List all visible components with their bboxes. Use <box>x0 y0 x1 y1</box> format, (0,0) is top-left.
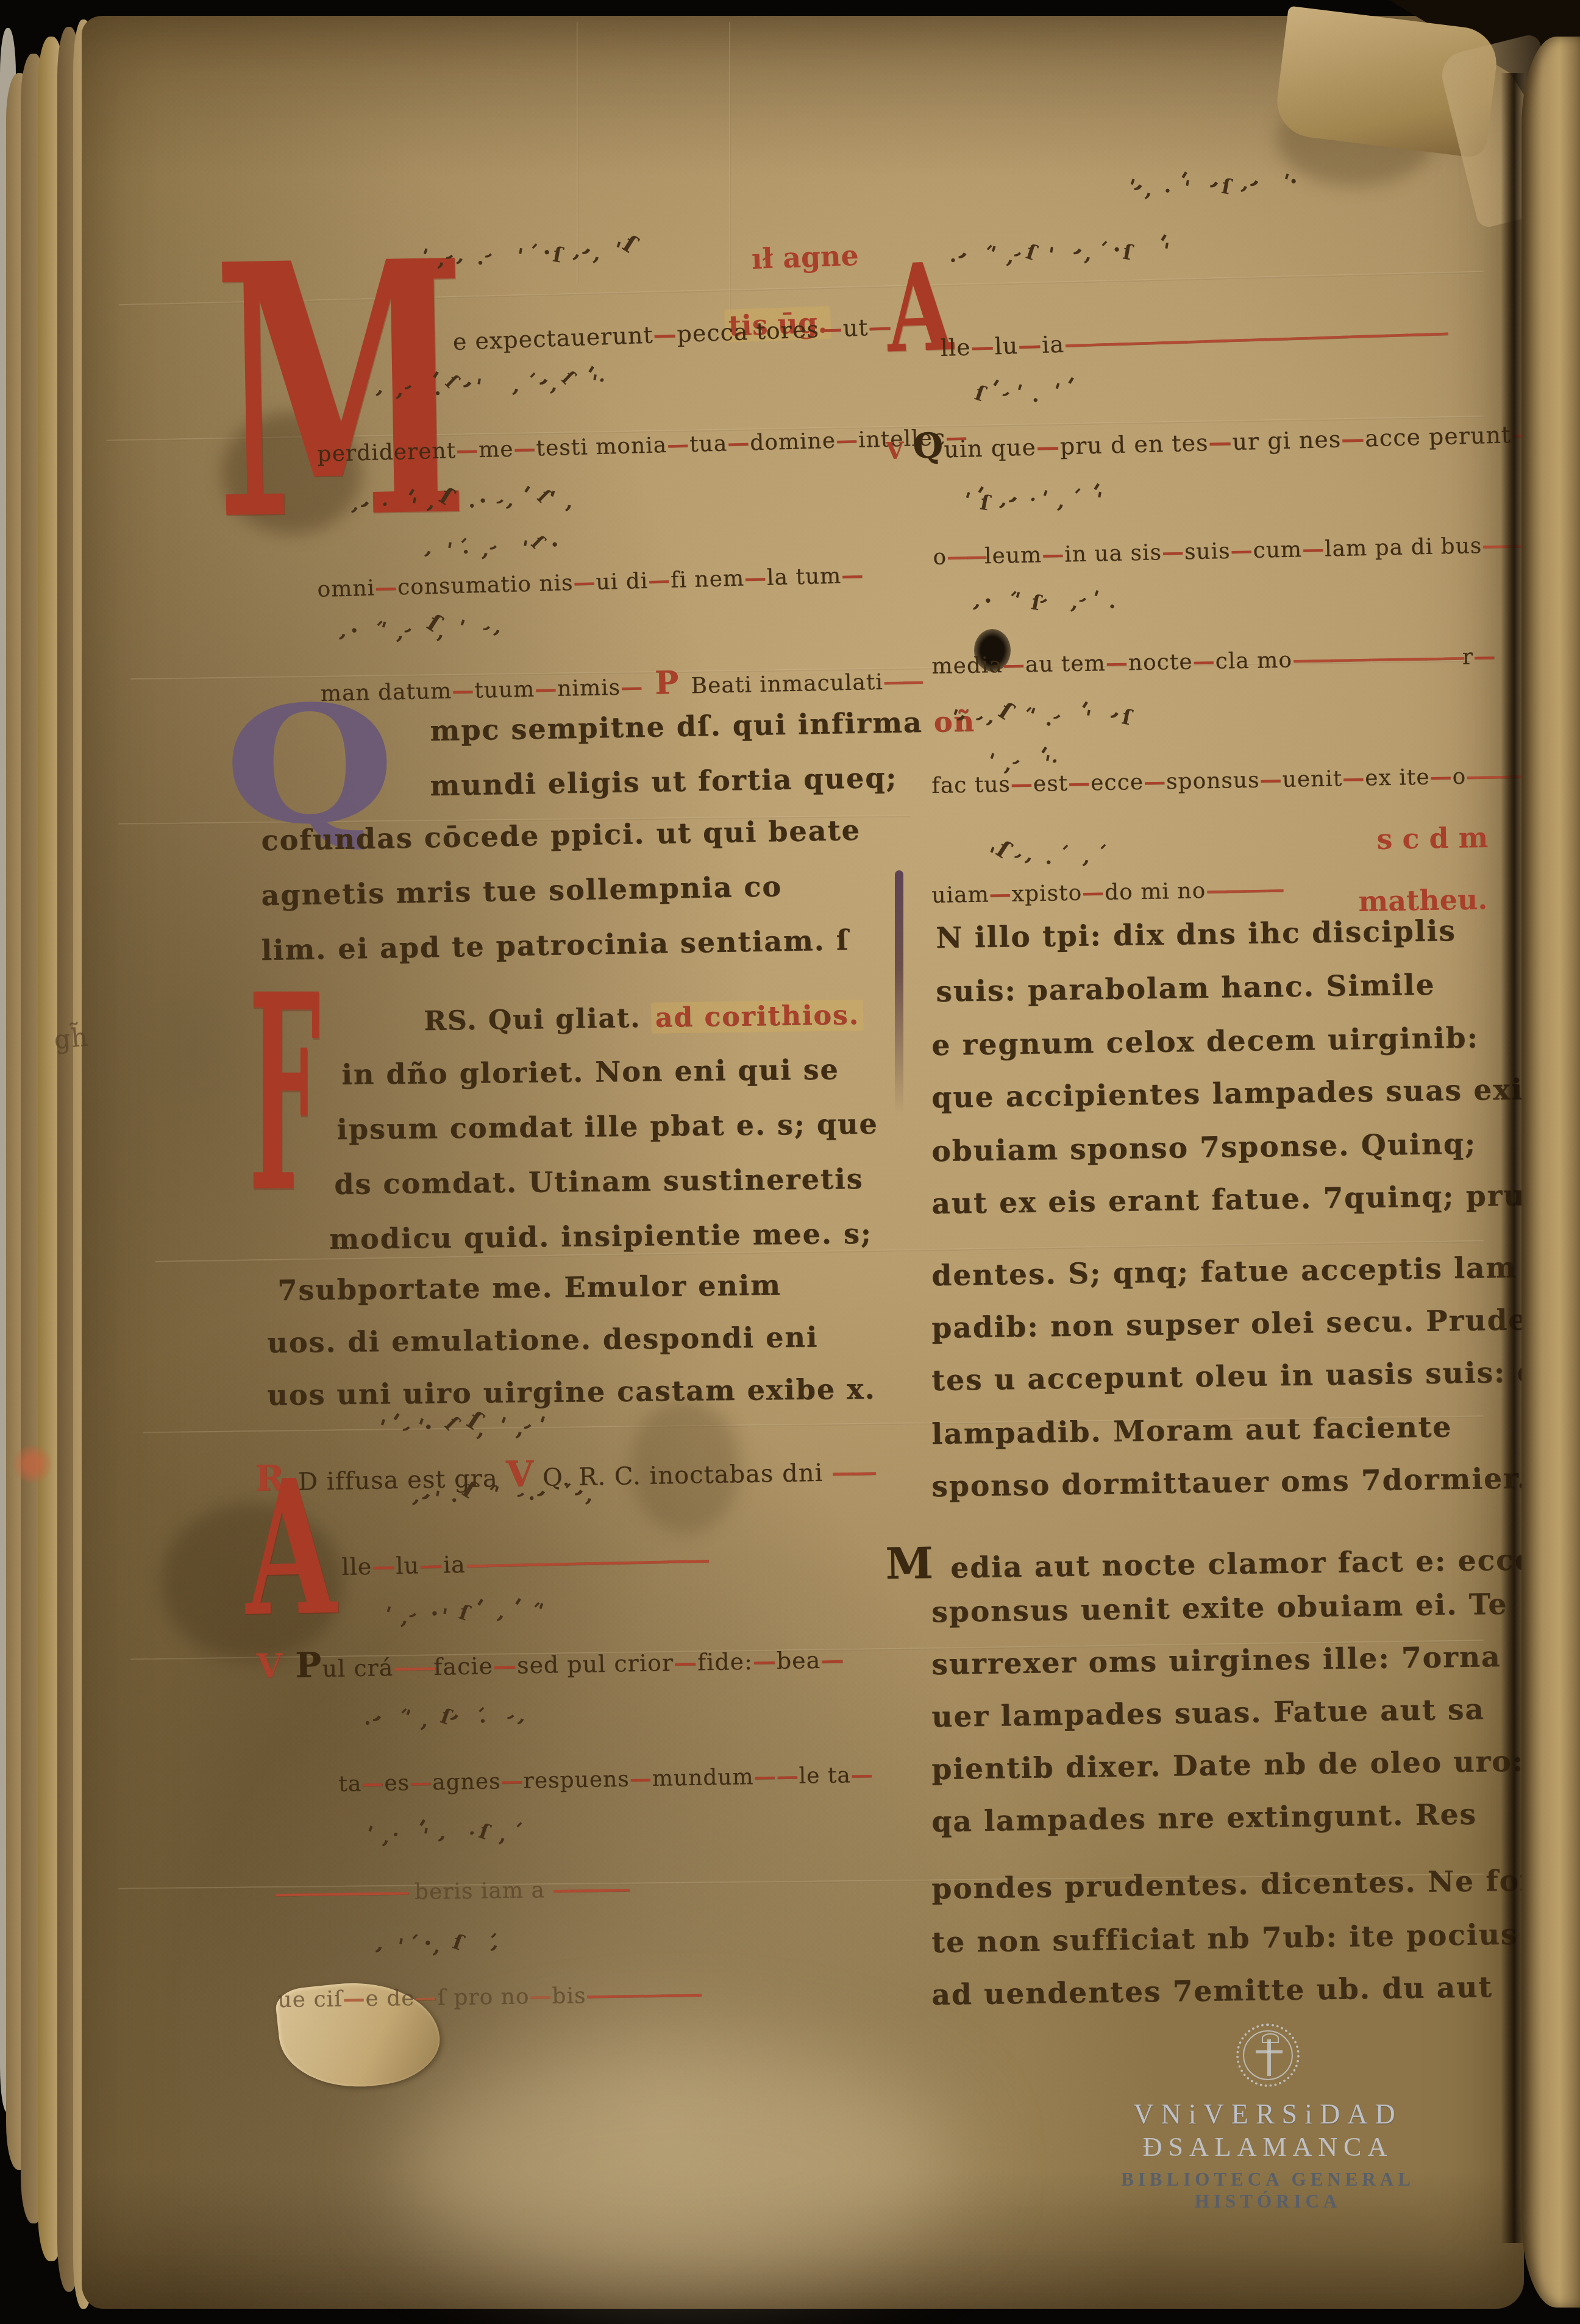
chant-line: ta—es—agnes—respuens—mundum——le ta— <box>338 1762 874 1797</box>
prose-gospel: ad uendentes 7emitte ub. du aut <box>931 1970 1493 2012</box>
prose-gospel: lampadib. Moram aut faciente <box>931 1410 1453 1451</box>
prose-epistle: uos. di emulatione. despondi eni <box>267 1321 819 1359</box>
rubric-feast: ıł agne <box>751 239 859 275</box>
prose-gospel: pondes prudentes. dicentes. Ne for <box>931 1864 1536 1906</box>
prose-epistle: ds comdat. Utinam sustineretis <box>334 1162 864 1201</box>
prose-gospel: suis: parabolam hanc. Simile <box>936 968 1436 1009</box>
chant-line: e expectauerunt—pecca tores—ut— <box>452 313 892 355</box>
neume-line: 'ſ,,.',' <box>988 840 1103 867</box>
prose-gospel: dentes. S; qnq; fatue acceptis lam <box>931 1251 1517 1293</box>
initial-F: F <box>249 985 320 1206</box>
prose-gospel: pientib dixer. Date nb de oleo uro: <box>931 1744 1524 1786</box>
neume-line: ,,'.ſ'',.,',, <box>415 1479 597 1508</box>
chant-line: man datum—tuum—nimis— P Beati inmaculati… <box>320 659 921 709</box>
neume-line: '','.ſſ,',,' <box>378 1411 547 1440</box>
prose-gospel: M edia aut nocte clamor fact e: ecce <box>885 1529 1534 1589</box>
prose-epistle: uos uni uiro uirgine castam exibe x. <box>267 1373 876 1412</box>
chant-alleluia: lle—lu—ia——————————————————— <box>940 318 1447 361</box>
prose-gospel: que accipientes lampades suas exier <box>931 1073 1559 1115</box>
prose-collect: lim. ei apd te patrocinia sentiam. ſ <box>261 923 850 967</box>
prose-gospel: obuiam sponso 7sponse. Quinq; <box>931 1128 1476 1168</box>
prose-gospel: N illo tpi: dix dns ihc disciplis <box>936 914 1456 955</box>
prose-epistle: 7subportate me. Emulor enim <box>277 1268 781 1307</box>
neume-line: ',,,ſ''.,'',ſ <box>951 702 1134 729</box>
prose-gospel: sponso dormittauer oms 7dormier. <box>931 1462 1528 1504</box>
prose-gospel: qa lampades nre extingunt. Res <box>931 1798 1477 1839</box>
chant-line: uiam—xpisto—do mi no———— <box>931 876 1282 908</box>
neume-line: .,'',ſ,'.,, <box>366 1702 530 1730</box>
initial-A: A <box>244 1472 337 1626</box>
chant-verse: V Pul crá——facie—sed pul crior—fide:—bea… <box>256 1635 845 1686</box>
manuscript-photo: M',,,.,''.ſ,,,'ſıł agnetis ūg.e expectau… <box>0 0 1580 2324</box>
next-page-edge <box>1521 37 1580 2308</box>
prose-epistle: modicu quid. insipientie mee. s; <box>329 1217 872 1256</box>
neume-line: ſ','.'' <box>975 378 1071 405</box>
prose-collect: mundi eligis ut fortia queq; <box>430 761 898 802</box>
chant-faded: ——————— beris iam a ———— <box>274 1876 628 1906</box>
chant-faded: ue ciſ—e de—ſ pro no—bis—————— <box>277 1981 700 2013</box>
neume-line: ,.''ſ,,,'. <box>975 585 1120 613</box>
prose-gospel: tes u accepunt oleu in uasis suis: cu <box>931 1356 1558 1398</box>
chant-verse: V Quin que—pru d en tes—ur gi nes—acce p… <box>885 409 1552 467</box>
neume-line: ',,.'',ſ,,'. <box>1128 168 1301 199</box>
prose-epistle: ipsum comdat ille pbat e. s; que <box>336 1107 878 1146</box>
gospel-initial-stroke <box>895 870 903 1114</box>
rubric-secundum: s c d m <box>1376 821 1489 856</box>
prose-gospel: uer lampades suas. Fatue aut sa <box>931 1693 1485 1734</box>
chant-line: media—au tem—nocte—cla mo—————————r— <box>931 644 1496 679</box>
epistle-incipit: RS. Qui gliat. ad corithios. <box>424 1000 863 1037</box>
neume-line: ',,''. <box>988 747 1062 773</box>
neume-line: ''ſ,,.',''' <box>963 484 1106 512</box>
chant-alleluia: lle—lu—ia———————————— <box>341 1545 707 1580</box>
neume-line: ,''.,ſ', <box>378 1929 504 1955</box>
prose-gospel: sponsus uenit exite obuiam ei. Te <box>931 1588 1508 1629</box>
neume-line: ,.'',,ſ,',, <box>341 614 506 642</box>
neume-line: ,''.,,'ſ. <box>427 531 562 560</box>
marginal-note: gh̃ <box>52 1022 90 1055</box>
initial-Q: Q <box>223 698 396 833</box>
prose-collect: agnetis mris tue sollempnia co <box>261 870 782 912</box>
prose-gospel: e regnum celox decem uirginib: <box>931 1021 1479 1062</box>
neume-line: ',.'',.ſ,' <box>366 1819 519 1846</box>
neume-line: ',,.'ſ',''' <box>384 1598 546 1626</box>
prose-gospel: aut ex eis erant fatue. 7quinq; pru <box>931 1179 1526 1221</box>
prose-gospel: surrexer oms uirgines ille: 7orna <box>931 1640 1501 1682</box>
chant-line: o——leum—in ua sis—suis—cum—lam pa di bus… <box>933 532 1520 570</box>
neume-line: ,,.'',ſ..,,'ſ', <box>354 485 577 516</box>
prose-gospel: padib: non supser olei secu. Prude <box>931 1303 1528 1345</box>
manuscript-text-layer: M',,,.,''.ſ,,,'ſıł agnetis ūg.e expectau… <box>0 0 1580 2324</box>
neume-line: .,'',,ſ',,'.ſ'' <box>951 235 1173 267</box>
prose-gospel: te non sufficiat nb 7ub: ite pocius <box>931 1918 1518 1960</box>
rubric-matheum: matheu. <box>1358 883 1488 918</box>
prose-epistle: in dño gloriet. Non eni qui se <box>341 1053 839 1091</box>
prose-collect: mpc sempitne dſ. qui infirma oñ <box>430 705 975 747</box>
